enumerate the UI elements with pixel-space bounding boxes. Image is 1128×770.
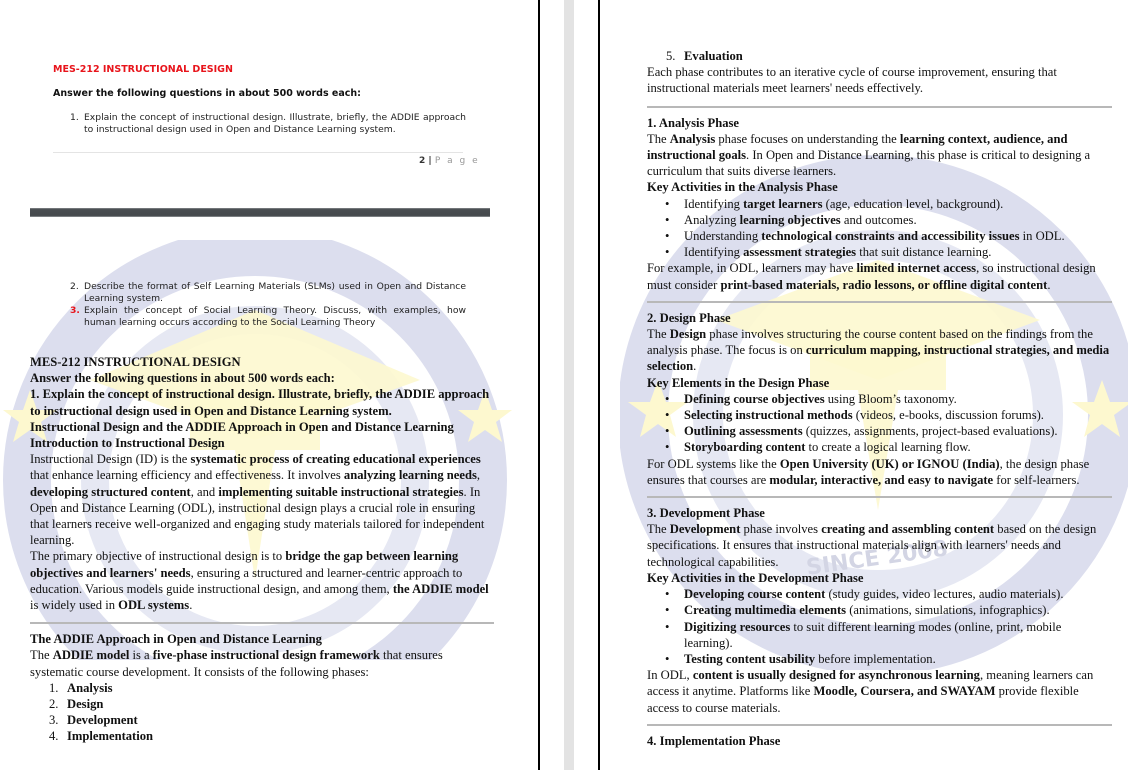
list-item: •Developing course content (study guides… [647, 586, 1112, 602]
section-divider [647, 301, 1112, 303]
list-item-text: Defining course objectives using Bloom’s… [684, 392, 957, 406]
left-document-page[interactable]: MES-212 INSTRUCTIONAL DESIGN Answer the … [0, 0, 540, 770]
intro-subheading: Introduction to Instructional Design [30, 435, 494, 451]
phase-paragraph: The Design phase involves structuring th… [647, 326, 1112, 375]
phase-heading: 2. Design Phase [647, 310, 1112, 326]
key-list-heading: Key Elements in the Design Phase [647, 375, 1112, 391]
qp-title: MES-212 INSTRUCTIONAL DESIGN [53, 64, 233, 75]
list-item: •Storyboarding content to create a logic… [647, 439, 1112, 455]
list-item: 1.Analysis [30, 680, 494, 696]
bullet-icon: • [665, 196, 669, 212]
qp-instruction: Answer the following questions in about … [53, 88, 361, 99]
section-design: 2. Design PhaseThe Design phase involves… [647, 310, 1112, 488]
bullet-list: •Defining course objectives using Bloom’… [647, 391, 1112, 456]
bullet-icon: • [665, 619, 669, 635]
bullet-icon: • [665, 244, 669, 260]
list-item: •Identifying assessment strategies that … [647, 244, 1112, 260]
list-item: •Understanding technological constraints… [647, 228, 1112, 244]
phase-heading: 3. Development Phase [647, 505, 1112, 521]
objective-paragraph: The primary objective of instructional d… [30, 548, 494, 613]
section-divider [647, 724, 1112, 726]
qp-question-number: 1. [70, 112, 79, 124]
list-item: •Creating multimedia elements (animation… [647, 602, 1112, 618]
phase-paragraph: The Development phase involves creating … [647, 521, 1112, 570]
cycle-paragraph: Each phase contributes to an iterative c… [647, 64, 1112, 96]
list-item: •Digitizing resources to suit different … [647, 619, 1112, 651]
list-item-text: Identifying target learners (age, educat… [684, 197, 1003, 211]
addie-paragraph: The ADDIE model is a five-phase instruct… [30, 647, 494, 679]
qp-question-text: Explain the concept of Social Learning T… [71, 305, 466, 329]
bullet-icon: • [665, 602, 669, 618]
list-item-text: Creating multimedia elements (animations… [684, 603, 1050, 617]
phase-label: Development [67, 713, 138, 727]
list-item: •Identifying target learners (age, educa… [647, 196, 1112, 212]
list-item-text: Developing course content (study guides,… [684, 587, 1063, 601]
answer-body-left: MES-212 INSTRUCTIONAL DESIGN Answer the … [30, 354, 494, 745]
qp-question-3: 3. Explain the concept of Social Learnin… [71, 305, 466, 329]
phase-heading: 1. Analysis Phase [647, 115, 1112, 131]
phase-closing-paragraph: For example, in ODL, learners may have l… [647, 260, 1112, 292]
phase-label: Design [67, 697, 103, 711]
list-item-text: Storyboarding content to create a logica… [684, 440, 971, 454]
list-item-text: Analyzing learning objectives and outcom… [684, 213, 917, 227]
phase-closing-paragraph: For ODL systems like the Open University… [647, 456, 1112, 488]
bullet-icon: • [665, 423, 669, 439]
list-item: •Testing content usability before implem… [647, 651, 1112, 667]
list-number: 4. [49, 728, 58, 744]
footer-divider [53, 152, 463, 153]
list-item-text: Selecting instructional methods (videos,… [684, 408, 1044, 422]
list-item: •Analyzing learning objectives and outco… [647, 212, 1112, 228]
section-divider [30, 622, 494, 624]
page-number-footer: 2 | P a g e [419, 156, 480, 166]
phase-closing-paragraph: In ODL, content is usually designed for … [647, 667, 1112, 716]
list-item: •Defining course objectives using Bloom’… [647, 391, 1112, 407]
qp-question-2: 2. Describe the format of Self Learning … [71, 281, 466, 305]
section-development: 3. Development PhaseThe Development phas… [647, 505, 1112, 716]
qp-question-1: 1. Explain the concept of instructional … [71, 112, 466, 136]
bullet-icon: • [665, 391, 669, 407]
bullet-icon: • [665, 439, 669, 455]
list-item-text: Outlining assessments (quizzes, assignme… [684, 424, 1058, 438]
list-item-text: Digitizing resources to suit different l… [684, 620, 1061, 650]
intro-paragraph: Instructional Design (ID) is the systema… [30, 451, 494, 548]
implementation-heading: 4. Implementation Phase [647, 733, 1112, 749]
list-item-text: Understanding technological constraints … [684, 229, 1065, 243]
list-item-text: Testing content usability before impleme… [684, 652, 936, 666]
section-analysis: 1. Analysis PhaseThe Analysis phase focu… [647, 115, 1112, 293]
list-number: 2. [49, 696, 58, 712]
key-list-heading: Key Activities in the Development Phase [647, 570, 1112, 586]
list-item: 4.Implementation [30, 728, 494, 744]
right-document-page[interactable]: SINCE 2008 5.Evaluation Each phase contr… [598, 0, 1128, 770]
list-item-text: Identifying assessment strategies that s… [684, 245, 991, 259]
bullet-icon: • [665, 586, 669, 602]
list-number: 5. [666, 48, 675, 64]
key-list-heading: Key Activities in the Analysis Phase [647, 179, 1112, 195]
scrollbar-track[interactable] [564, 0, 574, 770]
list-item: •Selecting instructional methods (videos… [647, 407, 1112, 423]
bullet-icon: • [665, 407, 669, 423]
bullet-icon: • [665, 651, 669, 667]
question-heading: 1. Explain the concept of instructional … [30, 386, 494, 418]
qp-question-text: Describe the format of Self Learning Mat… [71, 281, 466, 305]
phase-paragraph: The Analysis phase focuses on understand… [647, 131, 1112, 180]
list-item: 5.Evaluation [647, 48, 1112, 64]
answer-instruction: Answer the following questions in about … [30, 370, 494, 386]
bullet-icon: • [665, 212, 669, 228]
phase-label: Implementation [67, 729, 153, 743]
bullet-list: •Developing course content (study guides… [647, 586, 1112, 667]
page-gap [540, 0, 598, 770]
phase-label: Analysis [67, 681, 113, 695]
bullet-icon: • [665, 228, 669, 244]
qp-question-text: Explain the concept of instructional des… [71, 112, 466, 136]
addie-phase-list: 1.Analysis 2.Design 3.Development 4.Impl… [30, 680, 494, 745]
addie-heading: The ADDIE Approach in Open and Distance … [30, 631, 494, 647]
list-item: 2.Design [30, 696, 494, 712]
list-number: 1. [49, 680, 58, 696]
section-divider [647, 106, 1112, 108]
page-label: P a g e [435, 156, 480, 166]
answer-heading: Instructional Design and the ADDIE Appro… [30, 419, 494, 435]
qp-question-number: 2. [70, 281, 79, 293]
phase-label: Evaluation [684, 49, 743, 63]
bullet-list: •Identifying target learners (age, educa… [647, 196, 1112, 261]
qp-question-number: 3. [70, 305, 80, 317]
list-item: 3.Development [30, 712, 494, 728]
addie-phase-list-continued: 5.Evaluation [647, 48, 1112, 64]
list-number: 3. [49, 712, 58, 728]
page-number: 2 [419, 156, 425, 166]
section-divider [647, 496, 1112, 498]
course-title: MES-212 INSTRUCTIONAL DESIGN [30, 354, 494, 370]
list-item: •Outlining assessments (quizzes, assignm… [647, 423, 1112, 439]
answer-body-right: 5.Evaluation Each phase contributes to a… [647, 48, 1112, 749]
page-break-bar [30, 208, 490, 217]
